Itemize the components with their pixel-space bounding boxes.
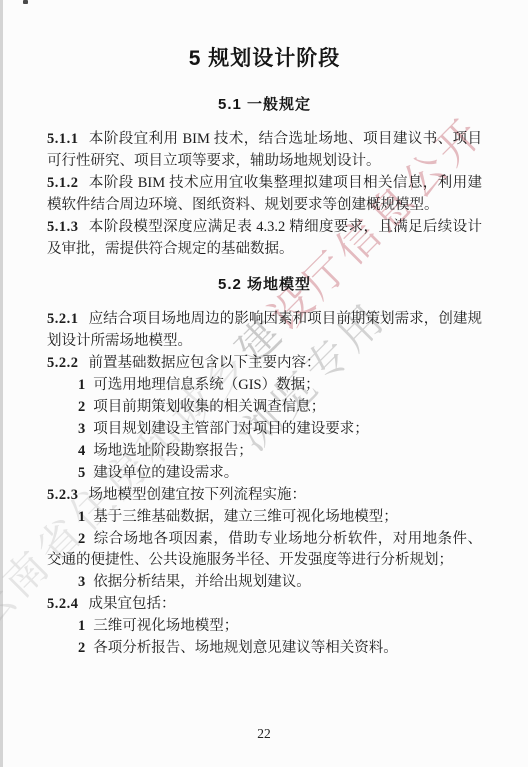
item-number: 1 <box>78 377 85 393</box>
page-content: 5 规划设计阶段 5.1 一般规定 5.1.1本阶段宜利用 BIM 技术，结合选… <box>47 46 482 660</box>
item-text: 各项分析报告、场地规划意见建议等相关资料。 <box>93 640 398 656</box>
item-number: 2 <box>78 531 85 547</box>
scan-edge-artifact <box>0 0 3 767</box>
clause-label: 5.2.3 <box>47 487 79 503</box>
item-text: 项目规划建设主管部门对项目的建设要求； <box>93 421 369 437</box>
item-text: 基于三维基础数据，建立三维可视化场地模型； <box>93 509 398 525</box>
clause-text: 本阶段模型深度应满足表 4.3.2 精细度要求，且满足后续设计及审批，需提供符合… <box>47 219 482 257</box>
list-item-5-2-3-3: 3依据分析结果，并给出规划建议。 <box>47 572 482 594</box>
clause-5-2-4: 5.2.4成果宜包括： <box>47 594 482 616</box>
clause-label: 5.1.2 <box>47 175 79 191</box>
clause-5-1-2: 5.1.2本阶段 BIM 技术应用宜收集整理拟建项目相关信息，利用建模软件结合周… <box>47 173 482 217</box>
section-5-2-body: 5.2.1应结合项目场地周边的影响因素和项目前期策划需求，创建规划设计所需场地模… <box>47 309 482 660</box>
item-text: 项目前期策划收集的相关调查信息； <box>93 399 325 415</box>
clause-label: 5.2.1 <box>47 311 79 327</box>
clause-5-2-3: 5.2.3场地模型创建宜按下列流程实施： <box>47 485 482 507</box>
item-number: 2 <box>78 640 85 656</box>
clause-label: 5.1.3 <box>47 219 79 235</box>
list-item-5-2-2-1: 1可选用地理信息系统（GIS）数据； <box>47 375 482 397</box>
list-item-5-2-2-3: 3项目规划建设主管部门对项目的建设要求； <box>47 419 482 441</box>
item-number: 2 <box>78 399 85 415</box>
item-text: 可选用地理信息系统（GIS）数据； <box>93 377 319 393</box>
document-page: 云南省住房和城乡建设厅信息公开 浏览专用 5 规划设计阶段 5.1 一般规定 5… <box>0 0 528 767</box>
section-heading-5-1: 5.1 一般规定 <box>47 94 482 116</box>
item-text: 场地选址阶段勘察报告； <box>93 443 253 459</box>
list-item-5-2-2-5: 5建设单位的建设需求。 <box>47 463 482 485</box>
clause-label: 5.1.1 <box>47 131 79 147</box>
list-item-5-2-3-1: 1基于三维基础数据，建立三维可视化场地模型； <box>47 507 482 529</box>
item-text: 综合场地各项因素，借助专业场地分析软件，对用地条件、交通的便捷性、公共设施服务半… <box>47 531 482 569</box>
item-number: 1 <box>78 509 85 525</box>
scan-speck <box>23 0 28 4</box>
clause-label: 5.2.4 <box>47 596 79 612</box>
item-number: 1 <box>78 618 85 634</box>
clause-text: 本阶段 BIM 技术应用宜收集整理拟建项目相关信息，利用建模软件结合周边环境、图… <box>47 175 482 213</box>
clause-5-1-1: 5.1.1本阶段宜利用 BIM 技术，结合选址场地、项目建议书、项目可行性研究、… <box>47 129 482 173</box>
chapter-title: 5 规划设计阶段 <box>47 46 482 72</box>
clause-5-2-2: 5.2.2前置基础数据应包含以下主要内容： <box>47 353 482 375</box>
clause-text: 场地模型创建宜按下列流程实施： <box>89 487 307 503</box>
clause-5-1-3: 5.1.3本阶段模型深度应满足表 4.3.2 精细度要求，且满足后续设计及审批，… <box>47 217 482 261</box>
clause-label: 5.2.2 <box>47 355 79 371</box>
item-number: 4 <box>78 443 85 459</box>
item-number: 5 <box>78 465 85 481</box>
section-5-1-body: 5.1.1本阶段宜利用 BIM 技术，结合选址场地、项目建议书、项目可行性研究、… <box>47 129 482 260</box>
item-text: 三维可视化场地模型； <box>93 618 238 634</box>
list-item-5-2-2-4: 4场地选址阶段勘察报告； <box>47 441 482 463</box>
item-number: 3 <box>78 421 85 437</box>
section-heading-5-2: 5.2 场地模型 <box>47 274 482 296</box>
item-text: 依据分析结果，并给出规划建议。 <box>93 574 311 590</box>
clause-text: 成果宜包括： <box>89 596 176 612</box>
clause-text: 前置基础数据应包含以下主要内容： <box>89 355 321 371</box>
list-item-5-2-4-2: 2各项分析报告、场地规划意见建议等相关资料。 <box>47 638 482 660</box>
list-item-5-2-3-2: 2综合场地各项因素，借助专业场地分析软件，对用地条件、交通的便捷性、公共设施服务… <box>47 529 482 573</box>
clause-text: 本阶段宜利用 BIM 技术，结合选址场地、项目建议书、项目可行性研究、项目立项等… <box>47 131 482 169</box>
item-text: 建设单位的建设需求。 <box>93 465 238 481</box>
list-item-5-2-2-2: 2项目前期策划收集的相关调查信息； <box>47 397 482 419</box>
clause-5-2-1: 5.2.1应结合项目场地周边的影响因素和项目前期策划需求，创建规划设计所需场地模… <box>47 309 482 353</box>
list-item-5-2-4-1: 1三维可视化场地模型； <box>47 616 482 638</box>
clause-text: 应结合项目场地周边的影响因素和项目前期策划需求，创建规划设计所需场地模型。 <box>47 311 482 349</box>
item-number: 3 <box>78 574 85 590</box>
page-number: 22 <box>0 726 528 742</box>
